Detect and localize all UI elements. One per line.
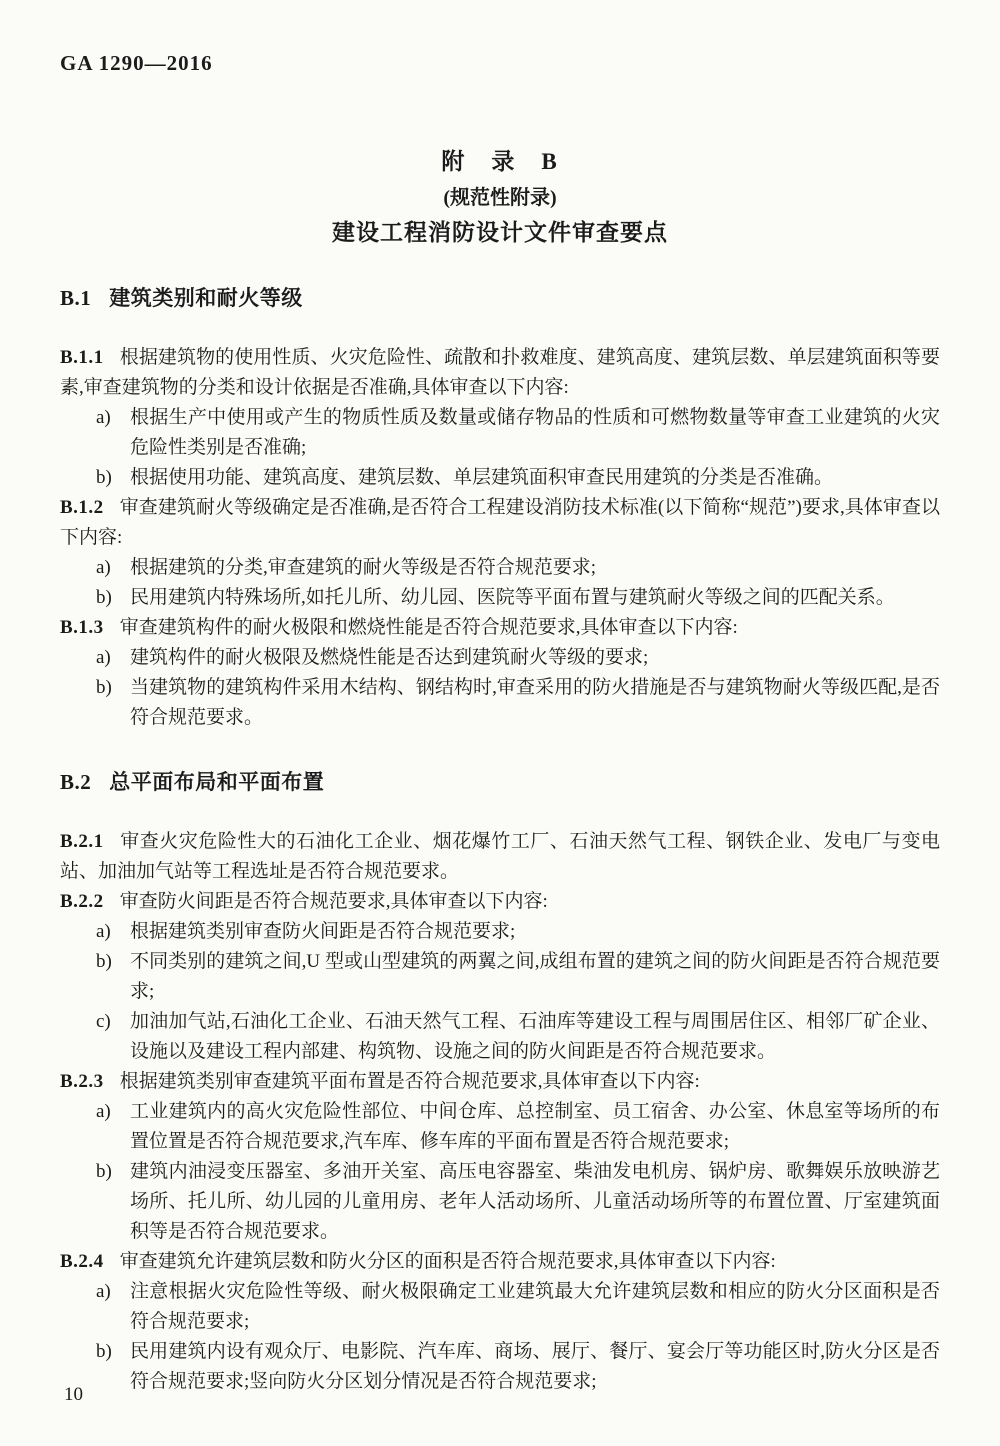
list-item-label: a): [96, 553, 130, 583]
list-item-label: b): [96, 583, 130, 613]
list-item-label: a): [96, 403, 130, 463]
clause-text: 审查建筑构件的耐火极限和燃烧性能是否符合规范要求,具体审查以下内容:: [120, 617, 738, 638]
list-item-label: a): [96, 1277, 130, 1337]
list-item-text: 民用建筑内特殊场所,如托儿所、幼儿园、医院等平面布置与建筑耐火等级之间的匹配关系…: [130, 583, 940, 613]
clause-number: B.2.3: [60, 1071, 104, 1092]
list-item-label: c): [96, 1007, 130, 1067]
section-heading-b2: B.2总平面布局和平面布置: [60, 767, 940, 797]
clause-text: 审查建筑耐火等级确定是否准确,是否符合工程建设消防技术标准(以下简称“规范”)要…: [60, 497, 940, 548]
list-item: b) 根据使用功能、建筑高度、建筑层数、单层建筑面积审查民用建筑的分类是否准确。: [60, 463, 940, 493]
list-item-text: 根据建筑类别审查防火间距是否符合规范要求;: [130, 917, 940, 947]
list-item-label: b): [96, 673, 130, 733]
appendix-title: 附 录 B: [60, 146, 940, 178]
list-item: a) 根据建筑的分类,审查建筑的耐火等级是否符合规范要求;: [60, 553, 940, 583]
clause-number: B.2.2: [60, 891, 104, 912]
clause-b2-3: B.2.3根据建筑类别审查建筑平面布置是否符合规范要求,具体审查以下内容:: [60, 1067, 940, 1097]
list-item: b) 不同类别的建筑之间,U 型或山型建筑的两翼之间,成组布置的建筑之间的防火间…: [60, 947, 940, 1007]
list-item-label: a): [96, 643, 130, 673]
clause-b1-1: B.1.1根据建筑物的使用性质、火灾危险性、疏散和扑救难度、建筑高度、建筑层数、…: [60, 343, 940, 403]
list-item: a) 建筑构件的耐火极限及燃烧性能是否达到建筑耐火等级的要求;: [60, 643, 940, 673]
list-item: c) 加油加气站,石油化工企业、石油天然气工程、石油库等建设工程与周围居住区、相…: [60, 1007, 940, 1067]
appendix-title-block: 附 录 B (规范性附录) 建设工程消防设计文件审查要点: [60, 146, 940, 249]
section-number: B.1: [60, 286, 91, 310]
clause-b1-2: B.1.2审查建筑耐火等级确定是否准确,是否符合工程建设消防技术标准(以下简称“…: [60, 493, 940, 553]
list-item-text: 不同类别的建筑之间,U 型或山型建筑的两翼之间,成组布置的建筑之间的防火间距是否…: [130, 947, 940, 1007]
clause-b2-2: B.2.2审查防火间距是否符合规范要求,具体审查以下内容:: [60, 887, 940, 917]
list-item: b) 建筑内油浸变压器室、多油开关室、高压电容器室、柴油发电机房、锅炉房、歌舞娱…: [60, 1157, 940, 1247]
clause-number: B.2.1: [60, 831, 104, 852]
list-item: a) 工业建筑内的高火灾危险性部位、中间仓库、总控制室、员工宿舍、办公室、休息室…: [60, 1097, 940, 1157]
list-item-text: 建筑内油浸变压器室、多油开关室、高压电容器室、柴油发电机房、锅炉房、歌舞娱乐放映…: [130, 1157, 940, 1247]
standard-number-header: GA 1290—2016: [60, 50, 940, 76]
list-item: b) 当建筑物的建筑构件采用木结构、钢结构时,审查采用的防火措施是否与建筑物耐火…: [60, 673, 940, 733]
clause-text: 审查防火间距是否符合规范要求,具体审查以下内容:: [120, 891, 548, 912]
clause-b1-3: B.1.3审查建筑构件的耐火极限和燃烧性能是否符合规范要求,具体审查以下内容:: [60, 613, 940, 643]
list-item: b) 民用建筑内设有观众厅、电影院、汽车库、商场、展厅、餐厅、宴会厅等功能区时,…: [60, 1337, 940, 1397]
list-item: b) 民用建筑内特殊场所,如托儿所、幼儿园、医院等平面布置与建筑耐火等级之间的匹…: [60, 583, 940, 613]
clause-number: B.1.3: [60, 617, 104, 638]
list-item-text: 当建筑物的建筑构件采用木结构、钢结构时,审查采用的防火措施是否与建筑物耐火等级匹…: [130, 673, 940, 733]
appendix-type: (规范性附录): [60, 183, 940, 213]
list-item-text: 建筑构件的耐火极限及燃烧性能是否达到建筑耐火等级的要求;: [130, 643, 940, 673]
clause-text: 审查建筑允许建筑层数和防火分区的面积是否符合规范要求,具体审查以下内容:: [120, 1251, 776, 1272]
document-page: GA 1290—2016 附 录 B (规范性附录) 建设工程消防设计文件审查要…: [0, 0, 1000, 1446]
clause-number: B.2.4: [60, 1251, 104, 1272]
page-number: 10: [64, 1382, 83, 1408]
list-item-label: a): [96, 917, 130, 947]
section-number: B.2: [60, 770, 91, 794]
appendix-subject: 建设工程消防设计文件审查要点: [60, 217, 940, 249]
list-item-text: 注意根据火灾危险性等级、耐火极限确定工业建筑最大允许建筑层数和相应的防火分区面积…: [130, 1277, 940, 1337]
list-item: a) 根据建筑类别审查防火间距是否符合规范要求;: [60, 917, 940, 947]
section-title-text: 总平面布局和平面布置: [109, 770, 324, 794]
section-heading-b1: B.1建筑类别和耐火等级: [60, 283, 940, 313]
clause-b2-4: B.2.4审查建筑允许建筑层数和防火分区的面积是否符合规范要求,具体审查以下内容…: [60, 1247, 940, 1277]
clause-text: 根据建筑物的使用性质、火灾危险性、疏散和扑救难度、建筑高度、建筑层数、单层建筑面…: [60, 347, 940, 398]
clause-text: 审查火灾危险性大的石油化工企业、烟花爆竹工厂、石油天然气工程、钢铁企业、发电厂与…: [60, 831, 940, 882]
list-item: a) 根据生产中使用或产生的物质性质及数量或储存物品的性质和可燃物数量等审查工业…: [60, 403, 940, 463]
list-item-text: 根据使用功能、建筑高度、建筑层数、单层建筑面积审查民用建筑的分类是否准确。: [130, 463, 940, 493]
list-item-label: a): [96, 1097, 130, 1157]
list-item-label: b): [96, 1157, 130, 1247]
list-item-text: 工业建筑内的高火灾危险性部位、中间仓库、总控制室、员工宿舍、办公室、休息室等场所…: [130, 1097, 940, 1157]
list-item-text: 根据建筑的分类,审查建筑的耐火等级是否符合规范要求;: [130, 553, 940, 583]
list-item-text: 民用建筑内设有观众厅、电影院、汽车库、商场、展厅、餐厅、宴会厅等功能区时,防火分…: [130, 1337, 940, 1397]
list-item-label: b): [96, 1337, 130, 1397]
section-title-text: 建筑类别和耐火等级: [109, 286, 303, 310]
list-item: a) 注意根据火灾危险性等级、耐火极限确定工业建筑最大允许建筑层数和相应的防火分…: [60, 1277, 940, 1337]
list-item-label: b): [96, 947, 130, 1007]
list-item-text: 根据生产中使用或产生的物质性质及数量或储存物品的性质和可燃物数量等审查工业建筑的…: [130, 403, 940, 463]
clause-number: B.1.1: [60, 347, 104, 368]
clause-number: B.1.2: [60, 497, 104, 518]
clause-b2-1: B.2.1审查火灾危险性大的石油化工企业、烟花爆竹工厂、石油天然气工程、钢铁企业…: [60, 827, 940, 887]
list-item-text: 加油加气站,石油化工企业、石油天然气工程、石油库等建设工程与周围居住区、相邻厂矿…: [130, 1007, 940, 1067]
clause-text: 根据建筑类别审查建筑平面布置是否符合规范要求,具体审查以下内容:: [120, 1071, 700, 1092]
list-item-label: b): [96, 463, 130, 493]
